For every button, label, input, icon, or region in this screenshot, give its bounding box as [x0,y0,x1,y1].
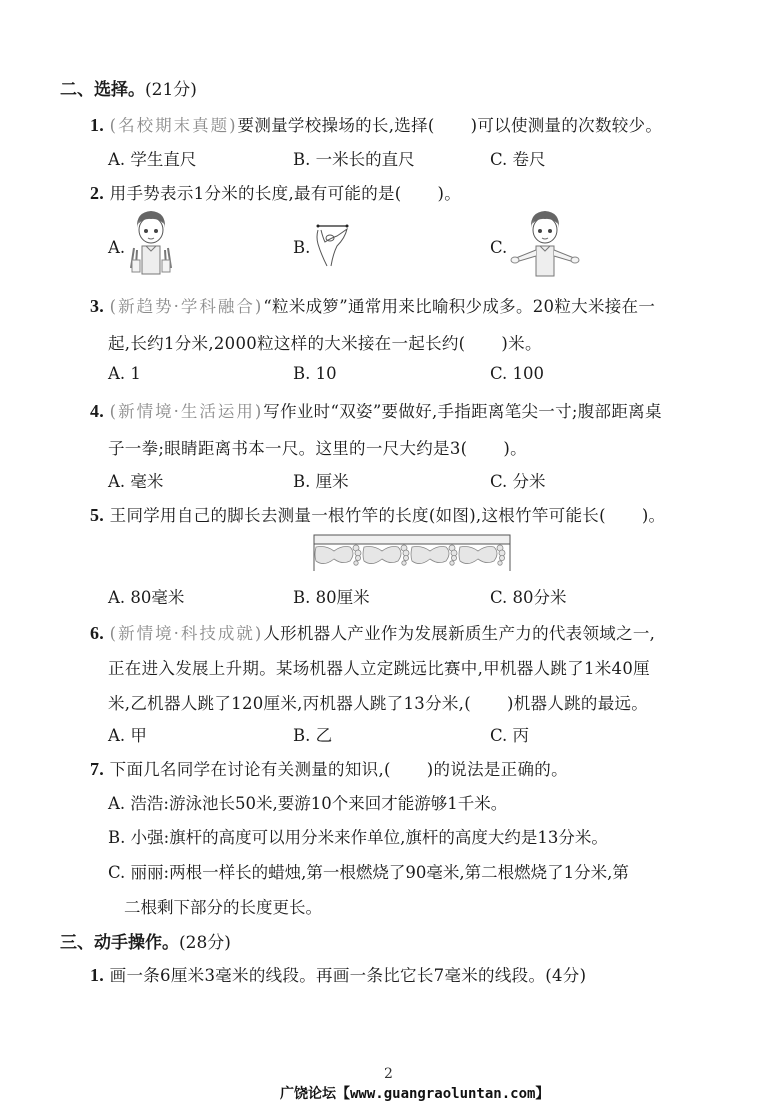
question-text: 下面几名同学在讨论有关测量的知识,( [110,760,391,779]
question-text: 画一条6厘米3毫米的线段。再画一条比它长7毫米的线段。(4分) [110,966,587,985]
option-b: B. 10 [293,364,337,383]
question-5: 5. 王同学用自己的脚长去测量一根竹竿的长度(如图),这根竹竿可能长()。 [90,502,665,526]
question-text: 人形机器人产业作为发展新质生产力的代表领域之一, [263,624,655,643]
section-3-question-1: 1. 画一条6厘米3毫米的线段。再画一条比它长7毫米的线段。(4分) [90,962,586,986]
hand-span-illustration [313,222,353,272]
option-c-continued: 二根剩下部分的长度更长。 [124,894,322,918]
question-text: )。 [642,506,666,525]
question-4: 4. (新情境·生活运用)写作业时“双姿”要做好,手指距离笔尖一寸;腹部距离桌 [90,398,662,422]
watermark-footer: 广饶论坛【www.guangraoluntan.com】 [280,1083,549,1103]
question-number: 3. [90,296,104,316]
option-a: A. 甲 [108,722,147,746]
question-number: 1. [90,965,104,985]
question-7: 7. 下面几名同学在讨论有关测量的知识,()的说法是正确的。 [90,756,568,780]
option-c: C. 丽丽:两根一样长的蜡烛,第一根燃烧了90毫米,第二根燃烧了1分米,第 [108,859,629,883]
option-c: C. 80分米 [490,584,567,608]
option-a: A. 80毫米 [108,584,184,608]
option-c: C. 丙 [490,722,529,746]
question-text: 米,乙机器人跳了120厘米,丙机器人跳了13分米,( [108,694,471,713]
option-b: B. 乙 [293,722,332,746]
exam-page: 二、选择。(21分) 1. (名校期末真题)要测量学校操场的长,选择()可以使测… [0,0,780,1103]
section-title: 二、选择。 [60,80,145,100]
option-a: A. 1 [108,364,141,383]
question-text: )可以使测量的次数较少。 [471,116,663,135]
option-b: B. 厘米 [293,468,349,492]
question-3-line-2: 起,长约1分米,2000粒这样的大米接在一起长约()米。 [108,330,542,354]
option-c: C. 卷尺 [490,146,546,170]
option-b: B. [293,238,310,257]
question-tag: (新趋势·学科融合) [110,297,264,316]
section-3-heading: 三、动手操作。(28分) [60,928,231,953]
question-text: 写作业时“双姿”要做好,手指距离笔尖一寸;腹部距离桌 [263,402,661,421]
question-2: 2. 用手势表示1分米的长度,最有可能的是()。 [90,180,461,204]
question-6-line-3: 米,乙机器人跳了120厘米,丙机器人跳了13分米,()机器人跳的最远。 [108,690,648,714]
drawing-area[interactable] [90,995,710,1055]
question-text: )。 [503,439,527,458]
question-number: 4. [90,401,104,421]
option-a: A. [108,238,125,257]
question-tag: (新情境·生活运用) [110,402,264,421]
option-b: B. 一米长的直尺 [293,146,415,170]
option-c: C. [490,238,507,257]
section-title: 三、动手操作。 [60,933,179,953]
question-4-line-2: 子一拳;眼睛距离书本一尺。这里的一尺大约是3()。 [108,435,527,459]
question-text: )的说法是正确的。 [427,760,568,779]
question-text: )机器人跳的最远。 [507,694,648,713]
question-3: 3. (新趋势·学科融合)“粒米成箩”通常用来比喻积少成多。20粒大米接在一 [90,293,655,317]
option-a: A. 学生直尺 [108,146,196,170]
option-a: A. 浩浩:游泳池长50米,要游10个来回才能游够1千米。 [108,790,507,814]
question-text: 王同学用自己的脚长去测量一根竹竿的长度(如图),这根竹竿可能长( [110,506,606,525]
question-number: 6. [90,623,104,643]
option-b: B. 80厘米 [293,584,370,608]
question-6-line-2: 正在进入发展上升期。某场机器人立定跳远比赛中,甲机器人跳了1米40厘 [108,655,650,679]
page-number: 2 [384,1066,393,1082]
question-number: 2. [90,183,104,203]
question-text: 子一拳;眼睛距离书本一尺。这里的一尺大约是3( [108,439,467,458]
question-text: 起,长约1分米,2000粒这样的大米接在一起长约( [108,334,465,353]
question-1: 1. (名校期末真题)要测量学校操场的长,选择()可以使测量的次数较少。 [90,112,662,136]
question-tag: (新情境·科技成就) [110,624,264,643]
question-tag: (名校期末真题) [110,116,238,135]
option-c: C. 分米 [490,468,546,492]
bamboo-footprints-illustration [312,533,522,573]
question-number: 7. [90,759,104,779]
question-text: 要测量学校操场的长,选择( [238,116,435,135]
question-text: “粒米成箩”通常用来比喻积少成多。20粒大米接在一 [263,297,655,316]
question-text: )。 [438,184,462,203]
question-text: )米。 [501,334,541,353]
section-points: (28分) [179,933,231,953]
question-number: 1. [90,115,104,135]
section-points: (21分) [145,80,197,100]
boy-hands-close-illustration [128,208,174,278]
question-number: 5. [90,505,104,525]
option-a: A. 毫米 [108,468,163,492]
question-6: 6. (新情境·科技成就)人形机器人产业作为发展新质生产力的代表领域之一, [90,620,655,644]
boy-arms-wide-illustration [510,208,580,280]
option-c: C. 100 [490,364,544,383]
question-text: 用手势表示1分米的长度,最有可能的是( [110,184,402,203]
section-2-heading: 二、选择。(21分) [60,75,197,100]
option-b: B. 小强:旗杆的高度可以用分米来作单位,旗杆的高度大约是13分米。 [108,824,608,848]
